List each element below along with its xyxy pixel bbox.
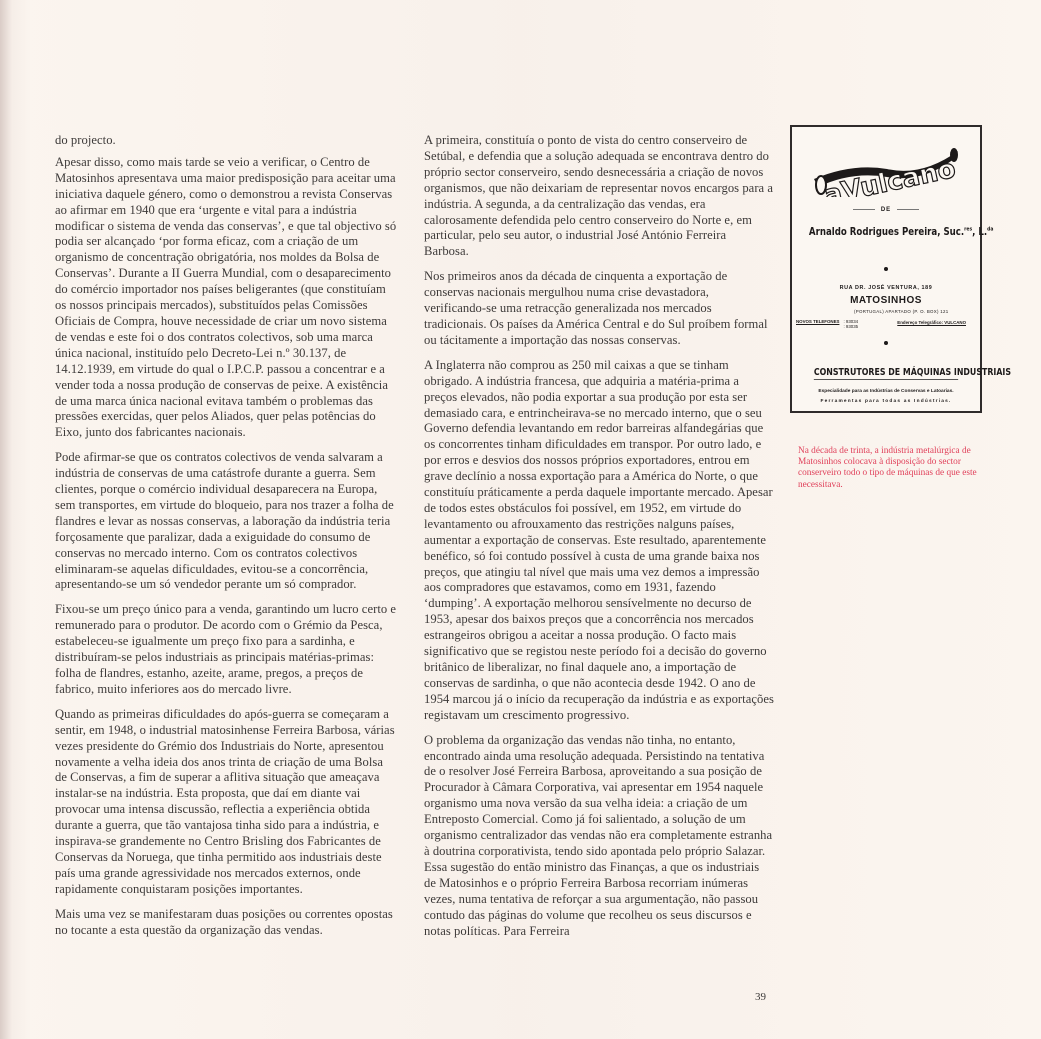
text-column-middle: A primeira, constituía o ponto de vista … <box>424 133 774 948</box>
paragraph: do projecto. <box>55 133 398 149</box>
book-page: do projecto. Apesar disso, como mais tar… <box>0 0 1041 1039</box>
ad-headline: CONSTRUTORES DE MÁQUINAS INDUSTRIAIS <box>814 367 958 380</box>
ad-tools: Ferramentas para todas as Indústrias. <box>792 399 980 404</box>
ad-specialty: Especialidade para as Indústrias de Cons… <box>792 389 980 394</box>
paragraph: A Inglaterra não comprou as 250 mil caix… <box>424 358 774 724</box>
paragraph: Mais uma vez se manifestaram duas posiçõ… <box>55 907 398 939</box>
ad-city: MATOSINHOS <box>792 295 980 306</box>
paragraph: Quando as primeiras dificuldades do após… <box>55 707 398 898</box>
paragraph: Nos primeiros anos da década de cinquent… <box>424 269 774 349</box>
figure-caption: Na década de trinta, a indústria metalúr… <box>798 446 988 491</box>
vulcano-advertisement: aVulcano DE Arnaldo Rodrigues Pereira, S… <box>790 125 982 413</box>
ad-street-address: RUA DR. JOSÉ VENTURA, 189 <box>792 285 980 291</box>
ad-de-label: DE <box>792 207 980 213</box>
ad-company-name: Arnaldo Rodrigues Pereira, Suc.res, L.da <box>809 226 963 238</box>
text-column-left: do projecto. Apesar disso, como mais tar… <box>55 133 398 948</box>
ad-pobox: (PORTUGAL) APARTADO (P. O. BOX) 121 <box>854 309 949 314</box>
vulcano-logo-icon: aVulcano <box>812 147 962 197</box>
page-number: 39 <box>755 991 766 1003</box>
ad-phones: NOVOS TELEFONES : 93034 : 93035 <box>796 319 858 329</box>
paragraph: Fixou-se um preço único para a venda, ga… <box>55 602 398 697</box>
bullet-dot-icon <box>884 341 888 345</box>
paragraph: O problema da organização das vendas não… <box>424 733 774 940</box>
paragraph: A primeira, constituía o ponto de vista … <box>424 133 774 260</box>
ad-telegraph-address: Endereço Telegráfico: VULCANO <box>897 320 966 325</box>
paragraph: Apesar disso, como mais tarde se veio a … <box>55 155 398 441</box>
paragraph: Pode afirmar-se que os contratos colecti… <box>55 450 398 593</box>
bullet-dot-icon <box>884 267 888 271</box>
